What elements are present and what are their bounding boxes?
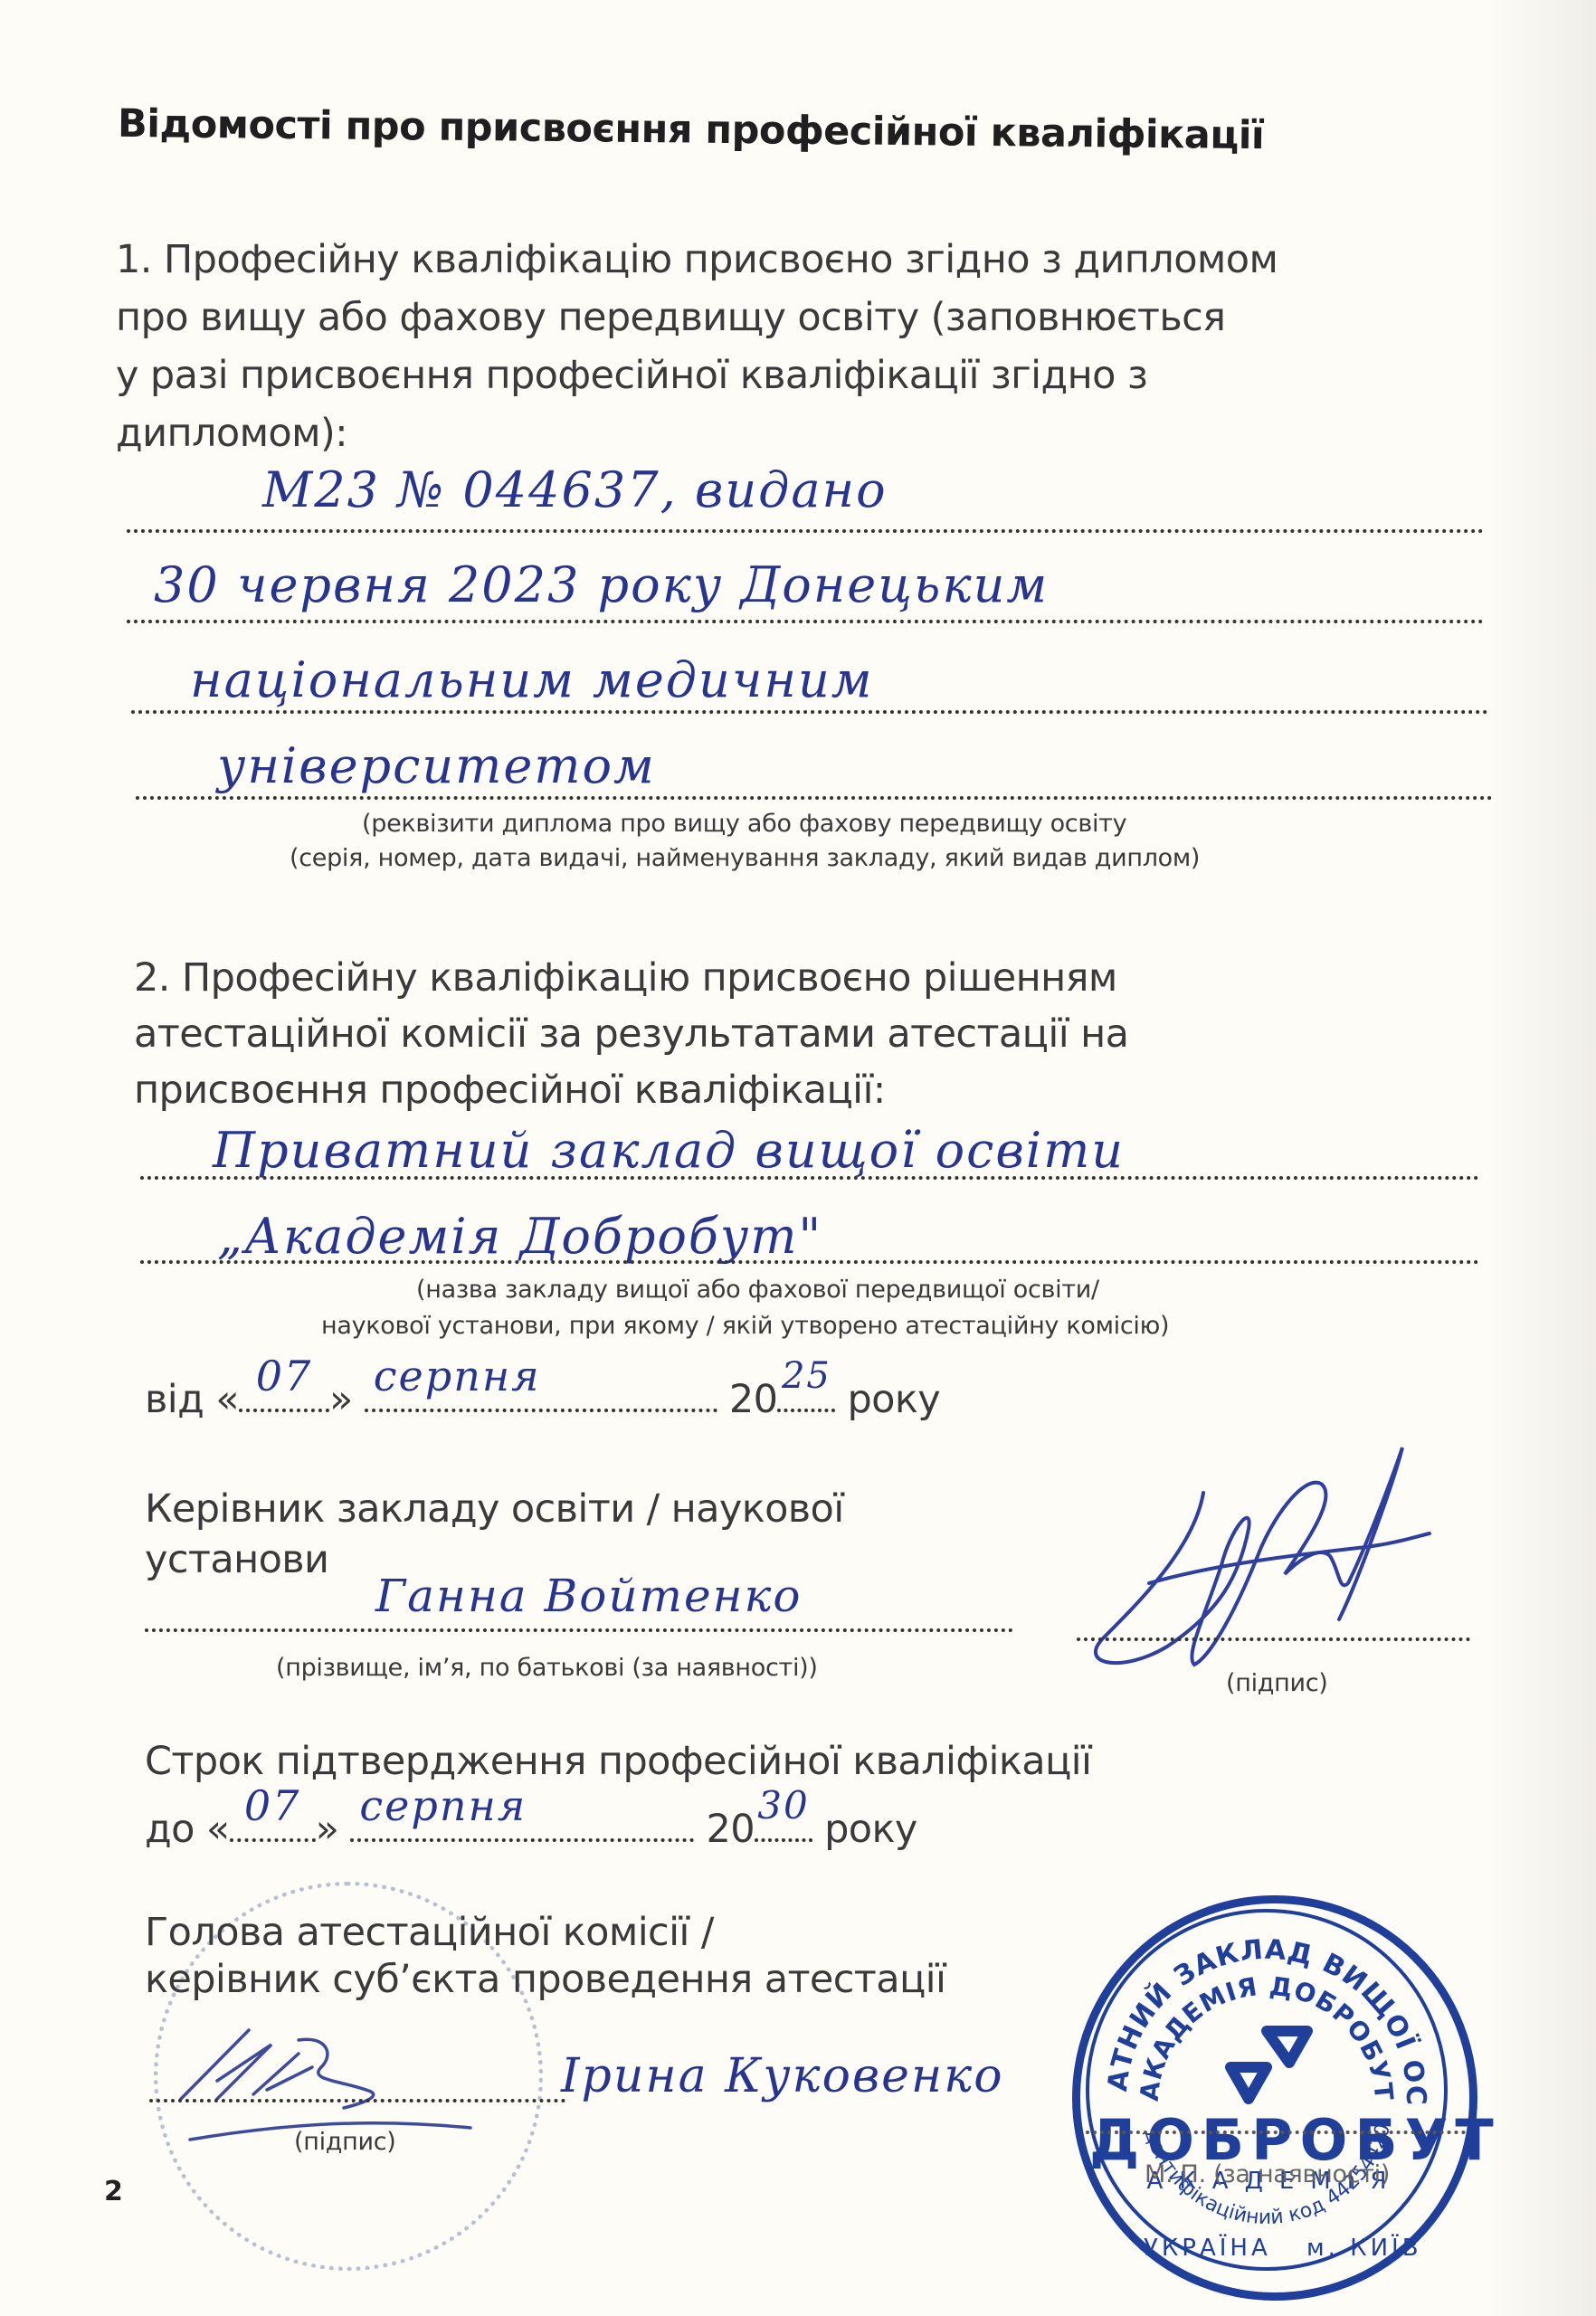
confirmation-date: до «07» серпня 2030 року — [145, 1800, 917, 1858]
section1-line: у разі присвоєння професійної кваліфікац… — [116, 346, 1527, 404]
diploma-handwriting-line-4: університетом — [217, 737, 656, 794]
stamp-ring-icon: ПРИВАТНИЙ ЗАКЛАД ВИЩОЇ ОСВІТИ "АКАДЕМІЯ … — [1072, 1895, 1461, 2284]
diploma-caption-line-2: (серія, номер, дата видачі, найменування… — [290, 844, 1200, 872]
commission-handwriting-line-2: „Академія Добробут" — [217, 1208, 822, 1265]
date-prefix: до « — [145, 1807, 230, 1852]
month-value: серпня — [374, 1347, 717, 1405]
commission-handwriting-line-1: Приватний заклад вищої освіти — [213, 1122, 1125, 1179]
document-title: Відомості про присвоєння професійної ква… — [118, 101, 1511, 161]
dotted-line — [127, 529, 1484, 533]
year-value: 25 — [777, 1347, 835, 1405]
year-field: 25 — [777, 1409, 835, 1412]
date-quote-close: » — [316, 1807, 339, 1852]
head-name-caption: (прізвище, ім’я, по батькові (за наявнос… — [276, 1654, 818, 1682]
commission-label-line: Голова атестаційної комісії / — [145, 1909, 945, 1956]
dotted-line — [127, 620, 1484, 623]
month-field: серпня — [350, 1838, 694, 1842]
commission-caption-line-1: (назва закладу вищої або фахової передви… — [416, 1276, 1099, 1304]
diploma-handwriting-line-1: М23 № 044637, видано — [262, 461, 888, 518]
stamp-caption: М. П. (за наявності) — [1145, 2160, 1390, 2188]
dotted-line — [149, 2099, 565, 2102]
year-prefix: 20 — [707, 1807, 755, 1852]
commission-name-handwriting: Ірина Куковенко — [561, 2049, 1004, 2103]
day-value: 07 — [239, 1347, 329, 1405]
official-stamp: ПРИВАТНИЙ ЗАКЛАД ВИЩОЇ ОСВІТИ "АКАДЕМІЯ … — [1072, 1895, 1477, 2301]
commission-signature-icon — [163, 2026, 543, 2144]
section2-line: 2. Професійну кваліфікацію присвоєно ріш… — [134, 950, 1491, 1006]
dotted-line — [140, 1260, 1479, 1264]
day-value: 07 — [230, 1777, 316, 1835]
day-field: 07 — [230, 1838, 316, 1842]
page-number: 2 — [104, 2176, 123, 2207]
date-prefix: від « — [145, 1377, 239, 1422]
head-name-handwriting: Ганна Войтенко — [375, 1570, 802, 1622]
section2-line: присвоєння професійної кваліфікації: — [134, 1062, 1491, 1118]
dotted-line — [1086, 2131, 1466, 2134]
date-suffix: року — [824, 1807, 917, 1852]
date-quote-close: » — [329, 1377, 353, 1422]
commission-label-line: керівник суб’єкта проведення атестації — [145, 1956, 945, 2003]
section2-text: 2. Професійну кваліфікацію присвоєно ріш… — [134, 950, 1491, 1118]
stamp-city: м. КИЇВ — [1306, 2235, 1422, 2262]
head-signature-caption: (підпис) — [1226, 1669, 1328, 1697]
commission-label: Голова атестаційної комісії / керівник с… — [145, 1909, 945, 2003]
diploma-caption-line-1: (реквізити диплома про вищу або фахову п… — [362, 810, 1126, 838]
day-field: 07 — [239, 1409, 329, 1412]
year-field: 30 — [755, 1838, 812, 1842]
dotted-line — [1077, 1637, 1470, 1641]
dotted-line — [140, 1176, 1479, 1180]
diploma-handwriting-line-3: національним медичним — [190, 651, 874, 708]
commission-caption-line-2: наукової установи, при якому / якій утво… — [321, 1312, 1169, 1340]
stamp-country: УКРАЇНА — [1144, 2235, 1271, 2262]
head-label-line: Керівник закладу освіти / наукової — [145, 1484, 844, 1534]
section1-line: 1. Професійну кваліфікацію присвоєно згі… — [116, 231, 1527, 289]
month-field: серпня — [365, 1409, 717, 1412]
decision-date: від «07» серпня 2025 року — [145, 1371, 940, 1429]
section1-line: про вищу або фахову передвищу освіту (за… — [116, 289, 1527, 346]
dotted-line — [131, 710, 1488, 714]
month-value: серпня — [359, 1777, 694, 1835]
dotted-line — [136, 796, 1493, 800]
head-signature-icon — [1068, 1420, 1448, 1683]
section1-text: 1. Професійну кваліфікацію присвоєно згі… — [116, 231, 1527, 462]
commission-signature-caption: (підпис) — [294, 2128, 396, 2156]
year-value: 30 — [755, 1777, 812, 1835]
section2-line: атестаційної комісії за результатами ате… — [134, 1006, 1491, 1062]
diploma-handwriting-line-2: 30 червня 2023 року Донецьким — [154, 556, 1049, 613]
year-prefix: 20 — [729, 1377, 778, 1422]
dotted-line — [145, 1628, 1013, 1632]
section1-line: дипломом): — [116, 404, 1527, 462]
date-suffix: року — [847, 1377, 940, 1422]
